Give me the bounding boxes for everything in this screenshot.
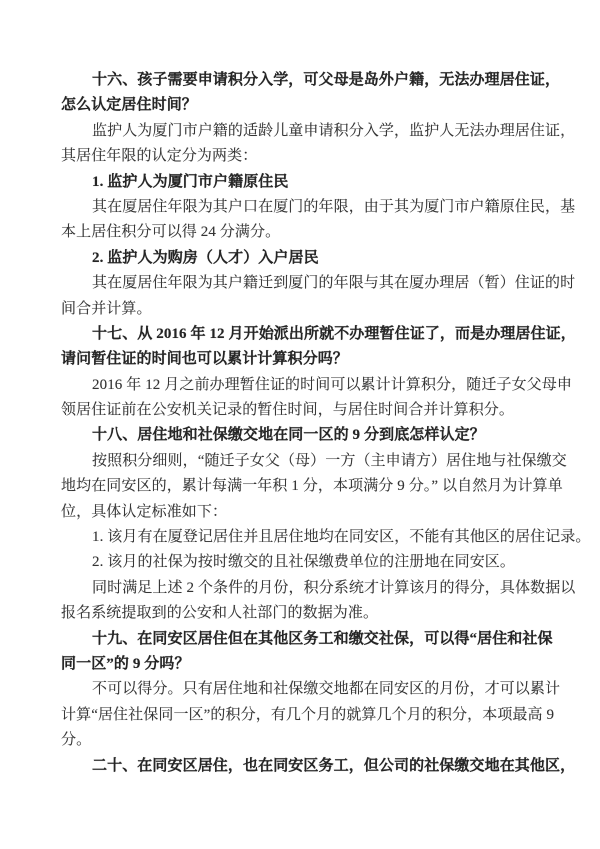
text-line: 不可以得分。只有居住地和社保缴交地都在同安区的月份，才可以累计 xyxy=(61,677,558,702)
text-line: 1. 该月有在厦登记居住并且居住地均在同安区，不能有其他区的居住记录。 xyxy=(61,525,558,550)
heading-text-line: 十六、孩子需要申请积分入学，可父母是岛外户籍，无法办理居住证， xyxy=(61,68,558,93)
heading-text-line: 同一区”的 9 分吗？ xyxy=(61,652,558,677)
text-line: 间合并计算。 xyxy=(61,297,558,322)
document-page: 十六、孩子需要申请积分入学，可父母是岛外户籍，无法办理居住证，怎么认定居住时间？… xyxy=(0,0,600,849)
text-line: 位，具体认定标准如下： xyxy=(61,500,558,525)
text-line: 其在厦居住年限为其户口在厦门的年限，由于其为厦门市户籍原住民，基 xyxy=(61,195,558,220)
text-line: 地均在同安区的，累计每满一年积 1 分，本项满分 9 分。” 以自然月为计算单 xyxy=(61,474,558,499)
text-line: 领居住证前在公安机关记录的暂住时间，与居住时间合并计算积分。 xyxy=(61,398,558,423)
text-line: 按照积分细则，“随迁子女父（母）一方（主申请方）居住地与社保缴交 xyxy=(61,449,558,474)
heading-text-line: 2. 监护人为购房（人才）入户居民 xyxy=(61,246,558,271)
heading-text-line: 十九、在同安区居住但在其他区务工和缴交社保，可以得“居住和社保 xyxy=(61,627,558,652)
heading-text-line: 十七、从 2016 年 12 月开始派出所就不办理暂住证了，而是办理居住证， xyxy=(61,322,558,347)
heading-text-line: 请问暂住证的时间也可以累计计算积分吗？ xyxy=(61,347,558,372)
document-body: 十六、孩子需要申请积分入学，可父母是岛外户籍，无法办理居住证，怎么认定居住时间？… xyxy=(61,68,558,779)
text-line: 2. 该月的社保为按时缴交的且社保缴费单位的注册地在同安区。 xyxy=(61,550,558,575)
text-line: 其居住年限的认定分为两类： xyxy=(61,144,558,169)
heading-text-line: 十八、居住地和社保缴交地在同一区的 9 分到底怎样认定？ xyxy=(61,423,558,448)
text-line: 报名系统提取到的公安和人社部门的数据为准。 xyxy=(61,601,558,626)
text-line: 同时满足上述 2 个条件的月份，积分系统才计算该月的得分，具体数据以 xyxy=(61,576,558,601)
heading-text-line: 怎么认定居住时间？ xyxy=(61,93,558,118)
text-line: 分。 xyxy=(61,728,558,753)
text-line: 本上居住积分可以得 24 分满分。 xyxy=(61,220,558,245)
text-line: 计算“居住社保同一区”的积分，有几个月的就算几个月的积分，本项最高 9 xyxy=(61,703,558,728)
text-line: 2016 年 12 月之前办理暂住证的时间可以累计计算积分，随迁子女父母申 xyxy=(61,373,558,398)
heading-text-line: 二十、在同安区居住，也在同安区务工，但公司的社保缴交地在其他区， xyxy=(61,754,558,779)
text-line: 其在厦居住年限为其户籍迁到厦门的年限与其在厦办理居（暂）住证的时 xyxy=(61,271,558,296)
text-line: 监护人为厦门市户籍的适龄儿童申请积分入学，监护人无法办理居住证， xyxy=(61,119,558,144)
heading-text-line: 1. 监护人为厦门市户籍原住民 xyxy=(61,170,558,195)
